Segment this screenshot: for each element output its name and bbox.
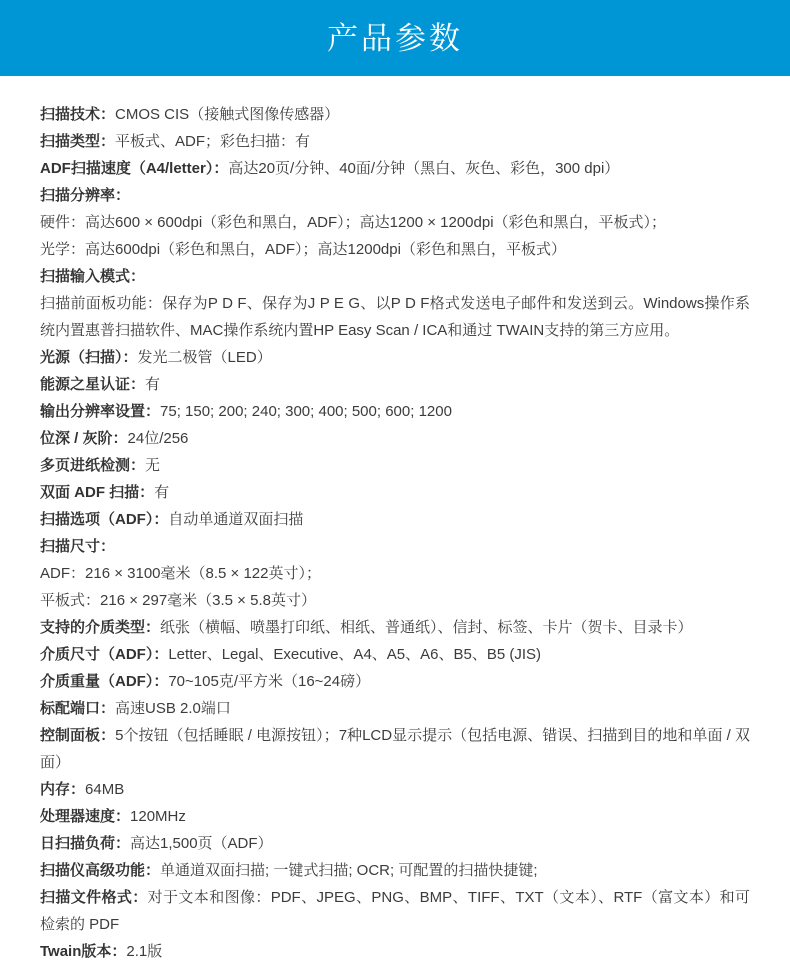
spec-row: 介质尺寸（ADF）：Letter、Legal、Executive、A4、A5、A…	[40, 641, 750, 668]
spec-row: 双面 ADF 扫描：有	[40, 479, 750, 506]
spec-value: 64MB	[85, 781, 124, 798]
spec-label: 扫描前面板功能：	[40, 295, 162, 312]
spec-row: 扫描前面板功能：保存为P D F、保存为J P E G、以P D F格式发送电子…	[40, 290, 750, 344]
spec-value: 70~105克/平方米（16~24磅）	[168, 673, 370, 690]
spec-label: 硬件：	[40, 214, 85, 231]
spec-row: 日扫描负荷：高达1,500页（ADF）	[40, 830, 750, 857]
spec-row: Twain版本：2.1版	[40, 938, 750, 965]
spec-row: 多页进纸检测：无	[40, 452, 750, 479]
spec-label: 控制面板：	[40, 727, 115, 744]
spec-row: 标配端口：高速USB 2.0端口	[40, 695, 750, 722]
spec-row: 输出分辨率设置：75; 150; 200; 240; 300; 400; 500…	[40, 398, 750, 425]
page-header: 产品参数	[0, 0, 790, 76]
spec-value: 高达600 × 600dpi（彩色和黑白，ADF）；高达1200 × 1200d…	[85, 214, 666, 231]
spec-label: 扫描技术：	[40, 106, 115, 123]
spec-value: 216 × 297毫米（3.5 × 5.8英寸）	[100, 592, 316, 609]
spec-row: 扫描分辨率：	[40, 182, 750, 209]
spec-label: 标配端口：	[40, 700, 115, 717]
spec-value: 高速USB 2.0端口	[115, 700, 231, 717]
spec-row: 扫描类型：平板式、ADF；彩色扫描：有	[40, 128, 750, 155]
spec-row: 扫描文件格式：对于文本和图像：PDF、JPEG、PNG、BMP、TIFF、TXT…	[40, 884, 750, 938]
spec-row: 硬件：高达600 × 600dpi（彩色和黑白，ADF）；高达1200 × 12…	[40, 209, 750, 236]
spec-row: 扫描选项（ADF）：自动单通道双面扫描	[40, 506, 750, 533]
spec-label: 光学：	[40, 241, 85, 258]
spec-label: Twain版本：	[40, 943, 126, 960]
spec-row: 扫描输入模式：	[40, 263, 750, 290]
spec-label: 能源之星认证：	[40, 376, 145, 393]
spec-value: 24位/256	[128, 430, 189, 447]
spec-row: 扫描技术：CMOS CIS（接触式图像传感器）	[40, 101, 750, 128]
spec-label: 支持的介质类型：	[40, 619, 160, 636]
spec-row: 扫描仪高级功能：单通道双面扫描; 一键式扫描; OCR; 可配置的扫描快捷键;	[40, 857, 750, 884]
spec-value: 无	[145, 457, 160, 474]
spec-label: 扫描仪高级功能：	[40, 862, 160, 879]
spec-row: 内存：64MB	[40, 776, 750, 803]
spec-value: 216 × 3100毫米（8.5 × 122英寸）；	[85, 565, 321, 582]
spec-label: 扫描文件格式：	[40, 889, 148, 906]
spec-row: 光源（扫描）：发光二极管（LED）	[40, 344, 750, 371]
spec-list: 扫描技术：CMOS CIS（接触式图像传感器） 扫描类型：平板式、ADF；彩色扫…	[0, 76, 790, 975]
spec-label: ADF：	[40, 565, 85, 582]
spec-row: 平板式：216 × 297毫米（3.5 × 5.8英寸）	[40, 587, 750, 614]
spec-row: 扫描尺寸：	[40, 533, 750, 560]
spec-value: 高达20页/分钟、40面/分钟（黑白、灰色、彩色，300 dpi）	[228, 160, 619, 177]
spec-label: 介质尺寸（ADF）：	[40, 646, 168, 663]
spec-label: 双面 ADF 扫描：	[40, 484, 154, 501]
spec-value: 有	[154, 484, 169, 501]
spec-value: Letter、Legal、Executive、A4、A5、A6、B5、B5 (J…	[168, 646, 541, 663]
spec-label: 扫描类型：	[40, 133, 115, 150]
spec-value: 发光二极管（LED）	[138, 349, 272, 366]
spec-label: 位深 / 灰阶：	[40, 430, 128, 447]
spec-value: 有	[145, 376, 160, 393]
spec-row: 位深 / 灰阶：24位/256	[40, 425, 750, 452]
spec-label: 内存：	[40, 781, 85, 798]
spec-row: 能源之星认证：有	[40, 371, 750, 398]
spec-value: CMOS CIS（接触式图像传感器）	[115, 106, 339, 123]
spec-label: 光源（扫描）：	[40, 349, 138, 366]
spec-label: 介质重量（ADF）：	[40, 673, 168, 690]
spec-row: 处理器速度：120MHz	[40, 803, 750, 830]
spec-label: 扫描选项（ADF）：	[40, 511, 168, 528]
spec-value: 75; 150; 200; 240; 300; 400; 500; 600; 1…	[160, 403, 452, 420]
spec-value: 自动单通道双面扫描	[168, 511, 303, 528]
spec-row: 光学：高达600dpi（彩色和黑白，ADF）；高达1200dpi（彩色和黑白，平…	[40, 236, 750, 263]
spec-value: 高达600dpi（彩色和黑白，ADF）；高达1200dpi（彩色和黑白，平板式）	[85, 241, 566, 258]
spec-label: 多页进纸检测：	[40, 457, 145, 474]
spec-label: 处理器速度：	[40, 808, 130, 825]
spec-label: 输出分辨率设置：	[40, 403, 160, 420]
spec-value: 平板式、ADF；彩色扫描：有	[115, 133, 310, 150]
spec-label: 日扫描负荷：	[40, 835, 130, 852]
spec-label: 扫描输入模式：	[40, 268, 145, 285]
spec-value: 纸张（横幅、喷墨打印纸、相纸、普通纸）、信封、标签、卡片（贺卡、目录卡）	[160, 619, 693, 636]
spec-value: 5个按钮（包括睡眠 / 电源按钮）；7种LCD显示提示（包括电源、错误、扫描到目…	[40, 727, 750, 771]
spec-row: 介质重量（ADF）：70~105克/平方米（16~24磅）	[40, 668, 750, 695]
spec-label: 扫描分辨率：	[40, 187, 130, 204]
spec-row: 控制面板：5个按钮（包括睡眠 / 电源按钮）；7种LCD显示提示（包括电源、错误…	[40, 722, 750, 776]
spec-row: ADF扫描速度（A4/letter）：高达20页/分钟、40面/分钟（黑白、灰色…	[40, 155, 750, 182]
spec-label: 平板式：	[40, 592, 100, 609]
spec-row: ADF：216 × 3100毫米（8.5 × 122英寸）；	[40, 560, 750, 587]
page-title: 产品参数	[327, 25, 463, 52]
spec-row: 支持的介质类型：纸张（横幅、喷墨打印纸、相纸、普通纸）、信封、标签、卡片（贺卡、…	[40, 614, 750, 641]
spec-value: 单通道双面扫描; 一键式扫描; OCR; 可配置的扫描快捷键;	[160, 862, 538, 879]
spec-label: ADF扫描速度（A4/letter）：	[40, 160, 228, 177]
spec-value: 高达1,500页（ADF）	[130, 835, 273, 852]
spec-value: 120MHz	[130, 808, 186, 825]
spec-value: 2.1版	[126, 943, 162, 960]
spec-label: 扫描尺寸：	[40, 538, 115, 555]
